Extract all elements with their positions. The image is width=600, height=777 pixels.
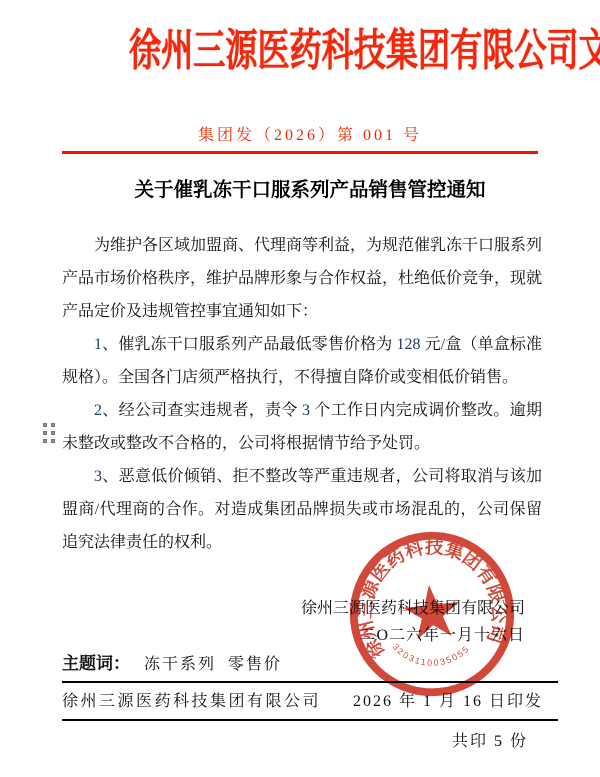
signature-block: 徐州三源医药科技集团有限公司 二O二六年一月十六日 [62, 595, 558, 649]
handle-dot [51, 439, 55, 443]
copies-count: 共印 5 份 [62, 733, 558, 751]
handle-dot [43, 423, 47, 427]
handle-dot [51, 423, 55, 427]
item-number: 3 [94, 468, 102, 485]
subject-label: 主题词： [62, 654, 130, 673]
subject-row: 主题词：冻干系列 零售价 [62, 655, 558, 674]
price-value: 128 [397, 336, 421, 353]
subject-keywords: 冻干系列 零售价 [144, 656, 282, 673]
issuer-company: 徐州三源医药科技集团有限公司 [62, 692, 321, 712]
item-number: 1 [94, 336, 102, 353]
paragraph-drag-handle[interactable] [43, 423, 55, 443]
signature-company: 徐州三源医药科技集团有限公司 [62, 595, 525, 622]
paragraph-item-2: 2、经公司查实违规者，责令 3 个工作日内完成调价整改。逾期未整改或整改不合格的… [62, 394, 542, 460]
document-number: 集团发（2026）第 001 号 [62, 127, 558, 145]
footer-divider-bottom [62, 719, 558, 721]
paragraph-item-1: 1、催乳冻干口服系列产品最低零售价格为 128 元/盒（单盒标准规格）。全国各门… [62, 328, 542, 394]
document-page: 徐州三源医药科技集团有限公司文件 集团发（2026）第 001 号 关于催乳冻干… [0, 0, 600, 777]
notice-body: 为维护各区域加盟商、代理商等利益，为规范催乳冻干口服系列产品市场价格秩序，维护品… [62, 229, 542, 559]
notice-title: 关于催乳冻干口服系列产品销售管控通知 [62, 177, 558, 203]
handle-dot [51, 431, 55, 435]
handle-dot [43, 431, 47, 435]
signature-date: 二O二六年一月十六日 [62, 622, 525, 649]
handle-dot [43, 439, 47, 443]
red-divider [62, 151, 538, 154]
paragraph-item-3: 3、恶意低价倾销、拒不整改等严重违规者，公司将取消与该加盟商/代理商的合作。对造… [62, 460, 542, 559]
issue-date: 2026 年 1 月 16 日印发 [353, 692, 543, 712]
issue-row: 徐州三源医药科技集团有限公司 2026 年 1 月 16 日印发 [62, 692, 558, 712]
paragraph-intro: 为维护各区域加盟商、代理商等利益，为规范催乳冻干口服系列产品市场价格秩序，维护品… [62, 229, 542, 328]
days-value: 3 [302, 402, 310, 419]
letterhead-title: 徐州三源医药科技集团有限公司文件 [129, 25, 491, 77]
footer-divider-top [62, 681, 558, 683]
item-number: 2 [94, 402, 102, 419]
